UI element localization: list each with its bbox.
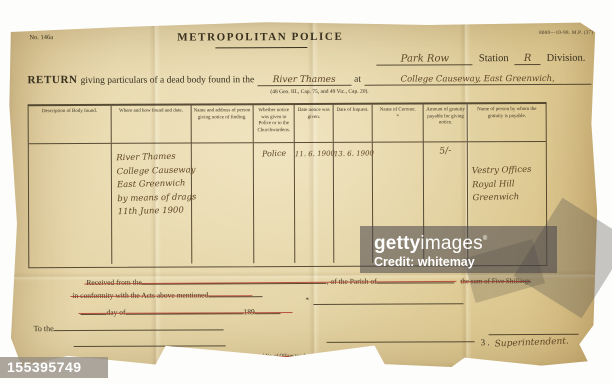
sum-five-shillings-text: the sum of Five Shillings (460, 277, 530, 285)
col-header-where-found: Where and how found and date. (111, 105, 191, 142)
screenshot-stage: No. 146a METROPOLITAN POLICE 8000—10-98.… (0, 0, 612, 384)
cell-where-found: River Thames College Causeway East Green… (111, 143, 192, 263)
return-word: RETURN (27, 74, 77, 86)
signature-blank-line (313, 303, 463, 305)
return-line: RETURN giving particulars of a dead body… (27, 72, 591, 87)
gratuity-amount-handwritten: 5/- (424, 141, 468, 158)
col-header-date-inquest: Date of Inquest. (334, 105, 373, 142)
scanned-police-form: No. 146a METROPOLITAN POLICE 8000—10-98.… (7, 20, 601, 370)
page-number-text: 3 . (481, 337, 490, 347)
officer-footnote: * Signature, Rank and Divisional No. of … (177, 354, 372, 360)
signature-blank-line (489, 334, 579, 335)
division-label: Division. (547, 53, 586, 64)
title-rule (215, 47, 307, 48)
found-in-handwritten: River Thames (257, 75, 351, 86)
gratuity-payer-handwritten: Vestry Offices Royal Hill Greenwich (468, 141, 574, 206)
cell-notice-given-to: Police (254, 143, 296, 263)
signature-blank-line (74, 345, 226, 347)
cell-notice-person (192, 143, 255, 263)
print-code: 8000—10-98. M.P. (37) (539, 31, 593, 36)
watermark-credit: Credit: whitemay (374, 255, 557, 269)
getty-logo-bold: getty (374, 233, 420, 254)
col-header-notice-person: Name and address of person giving notice… (191, 105, 253, 142)
getty-watermark-band: gettyimages® Credit: whitemay (360, 226, 557, 273)
location-handwritten: College Causeway, East Greenwich, (364, 74, 592, 86)
station-line: Park Row Station R Division. (297, 53, 585, 66)
return-body-text: giving particulars of a dead body found … (81, 75, 255, 86)
getty-logo: gettyimages® (374, 229, 557, 254)
form-title: METROPOLITAN POLICE (150, 31, 370, 44)
col-header-coroner: Name of Coroner. * (372, 104, 424, 141)
date-notice-handwritten: 11. 6. 1900 (295, 143, 333, 159)
superintendent-signature-row: 3 . Superintendent. (481, 337, 569, 348)
date-inquest-handwritten: 13. 6. 1900 (334, 142, 372, 158)
blank-line (54, 322, 224, 331)
superintendent-handwritten: Superintendent. (494, 337, 568, 350)
table-header-row: Description of Body found. Where and how… (29, 104, 546, 144)
cell-date-notice: 11. 6. 1900 (295, 143, 334, 263)
cell-description (29, 144, 112, 264)
division-letter-handwritten: R (515, 53, 541, 65)
signature-blank-line (327, 341, 475, 343)
form-number: No. 146a (29, 34, 53, 41)
footnote-asterisk: * (305, 296, 309, 304)
notice-given-to-handwritten: Police (253, 142, 294, 159)
col-header-gratuity-amount: Amount of gratuity payable for giving no… (424, 104, 468, 141)
at-label: at (354, 75, 361, 85)
col-header-notice-given-to: Whether notice was given to Police or to… (253, 105, 295, 142)
station-name-handwritten: Park Row (377, 53, 473, 65)
col-header-description: Description of Body found. (29, 106, 112, 143)
registered-mark: ® (483, 236, 488, 242)
statute-citation: (48 Geo. III., Cap. 75, and 49 Vic., Cap… (200, 88, 440, 95)
asset-id-badge: 155395749 (0, 357, 108, 378)
col-header-date-notice: Date notice was given. (295, 105, 334, 142)
to-the-line: To the (34, 322, 224, 333)
col-header-gratuity-payer: Name of person by whom the gratuity is p… (468, 104, 546, 141)
station-label: Station (479, 53, 509, 64)
to-the-text: To the (34, 324, 54, 333)
getty-logo-light: images (420, 233, 482, 254)
